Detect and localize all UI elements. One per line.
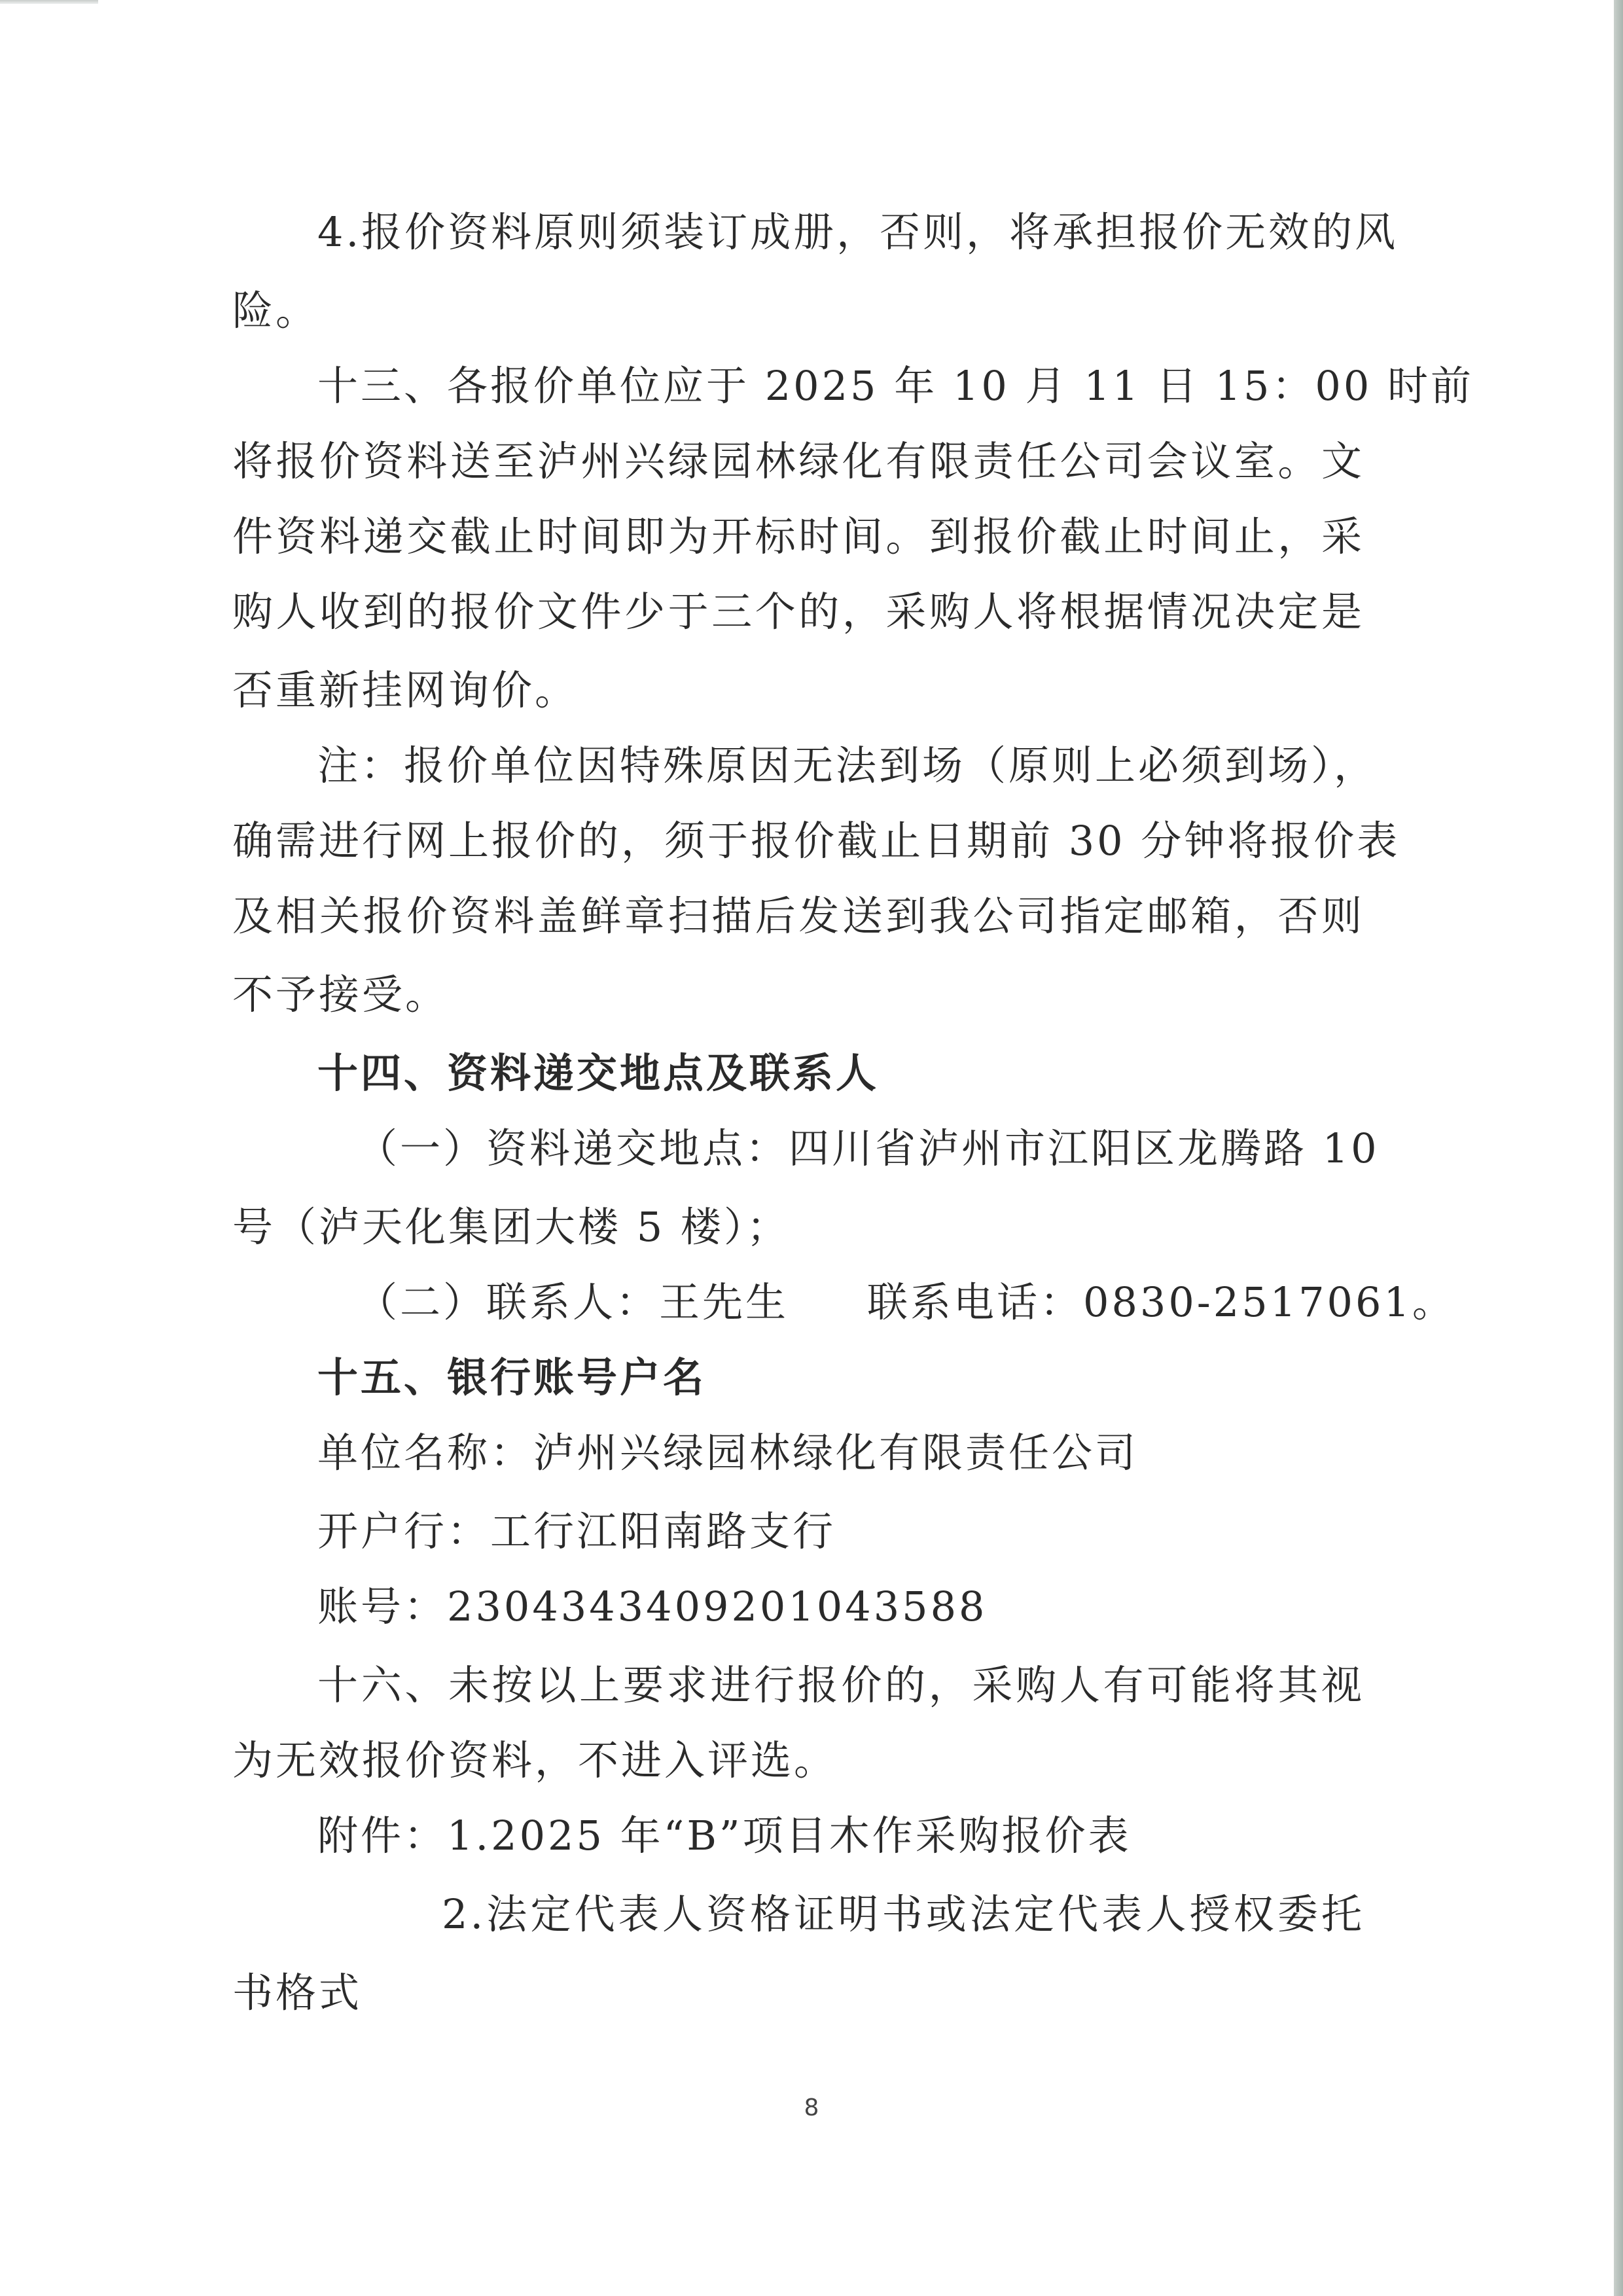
section-13-line-3: 件资料递交截止时间即为开标时间。到报价截止时间止，采: [232, 511, 1364, 563]
attachment-1: 附件：1.2025 年“B”项目木作采购报价表: [317, 1810, 1132, 1862]
note-line-2: 确需进行网上报价的，须于报价截止日期前 30 分钟将报价表: [232, 815, 1364, 867]
section-14-1-line-1: （一）资料递交地点：四川省泸州市江阳区龙腾路 10: [357, 1122, 1364, 1175]
section-14-1-line-2: 号（泸天化集团大楼 5 楼）；: [232, 1201, 790, 1253]
contact-phone: 联系电话：0830-2517061。: [867, 1278, 1455, 1326]
bank-branch: 开户行：工行江阳南路支行: [317, 1505, 836, 1558]
note-line-1: 注：报价单位因特殊原因无法到场（原则上必须到场），: [317, 740, 1364, 792]
attachment-2-line-2: 书格式: [232, 1967, 362, 2019]
item-4-line-2: 险。: [232, 285, 319, 337]
scan-edge-right: [1614, 0, 1623, 2296]
page-number: 8: [0, 2094, 1623, 2121]
scan-edge-top: [0, 0, 98, 4]
section-14-heading: 十四、资料递交地点及联系人: [317, 1047, 879, 1100]
section-13-line-1: 十三、各报价单位应于 2025 年 10 月 11 日 15：00 时前: [317, 360, 1364, 412]
section-13-line-4: 购人收到的报价文件少于三个的，采购人将根据情况决定是: [232, 586, 1364, 638]
note-line-4: 不予接受。: [232, 969, 448, 1021]
note-line-3: 及相关报价资料盖鲜章扫描后发送到我公司指定邮箱，否则: [232, 890, 1364, 942]
attachment-2-line-1: 2.法定代表人资格证明书或法定代表人授权委托: [442, 1888, 1364, 1941]
section-14-2-line: （二）联系人：王先生联系电话：0830-2517061。: [357, 1276, 1455, 1329]
section-16-line-1: 十六、未按以上要求进行报价的，采购人有可能将其视: [317, 1659, 1364, 1712]
section-13-line-5: 否重新挂网询价。: [232, 664, 578, 717]
section-16-line-2: 为无效报价资料，不进入评选。: [232, 1734, 837, 1787]
bank-account-name: 单位名称：泸州兴绿园林绿化有限责任公司: [317, 1427, 1138, 1479]
bank-account-number: 账号：2304343409201043588: [317, 1581, 987, 1633]
section-15-heading: 十五、银行账号户名: [317, 1352, 706, 1404]
section-13-line-2: 将报价资料送至泸州兴绿园林绿化有限责任公司会议室。文: [232, 435, 1364, 488]
contact-person: （二）联系人：王先生: [357, 1278, 789, 1326]
item-4-line-1: 4.报价资料原则须装订成册，否则，将承担报价无效的风: [317, 206, 1364, 259]
